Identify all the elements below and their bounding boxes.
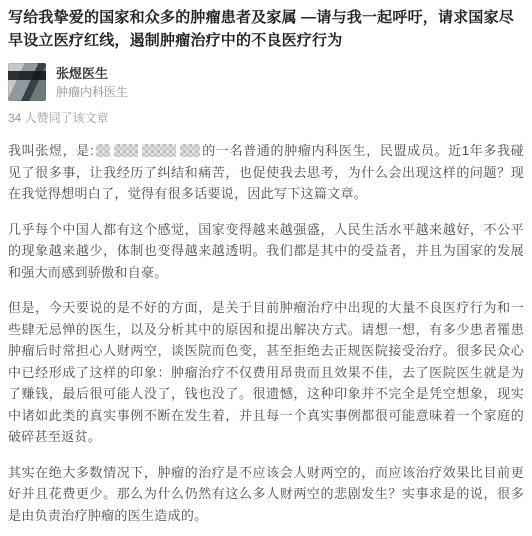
article-title: 写给我挚爱的国家和众多的肿瘤患者及家属 —请与我一起呼吁，请求国家尽早设立医疗红… (8, 6, 524, 52)
paragraph-2: 几乎每个中国人都有这个感觉，国家变得越来越强盛，人民生活水平越来越好，不公平的现… (8, 219, 524, 284)
redacted-segment (94, 143, 202, 158)
author-name[interactable]: 张煜医生 (56, 65, 128, 82)
author-role: 肿瘤内科医生 (56, 84, 128, 100)
author-card: 张煜医生 肿瘤内科医生 (8, 63, 524, 101)
paragraph-4: 其实在绝大多数情况下，肿瘤的治疗是不应该会人财两空的，而应该治疗效果比目前更好并… (8, 462, 524, 527)
redacted-block (180, 144, 200, 157)
paragraph-3: 但是，今天要说的是不好的方面，是关于目前肿瘤治疗中出现的大量不良医疗行为和一些肆… (8, 297, 524, 448)
author-texts: 张煜医生 肿瘤内科医生 (56, 65, 128, 100)
article-page: 写给我挚爱的国家和众多的肿瘤患者及家属 —请与我一起呼吁，请求国家尽早设立医疗红… (0, 0, 532, 536)
likes-count: 34 人赞同了该文章 (8, 110, 524, 126)
redacted-block (96, 144, 110, 157)
author-avatar[interactable] (8, 63, 46, 101)
paragraph-1: 我叫张煜，是:的一名普通的肿瘤内科医生，民盟成员。近1年多我碰见了很多事，让我经… (8, 140, 524, 205)
paragraph-1-prefix: 我叫张煜，是: (8, 143, 94, 158)
redacted-block (114, 144, 138, 157)
redacted-block (142, 144, 176, 157)
